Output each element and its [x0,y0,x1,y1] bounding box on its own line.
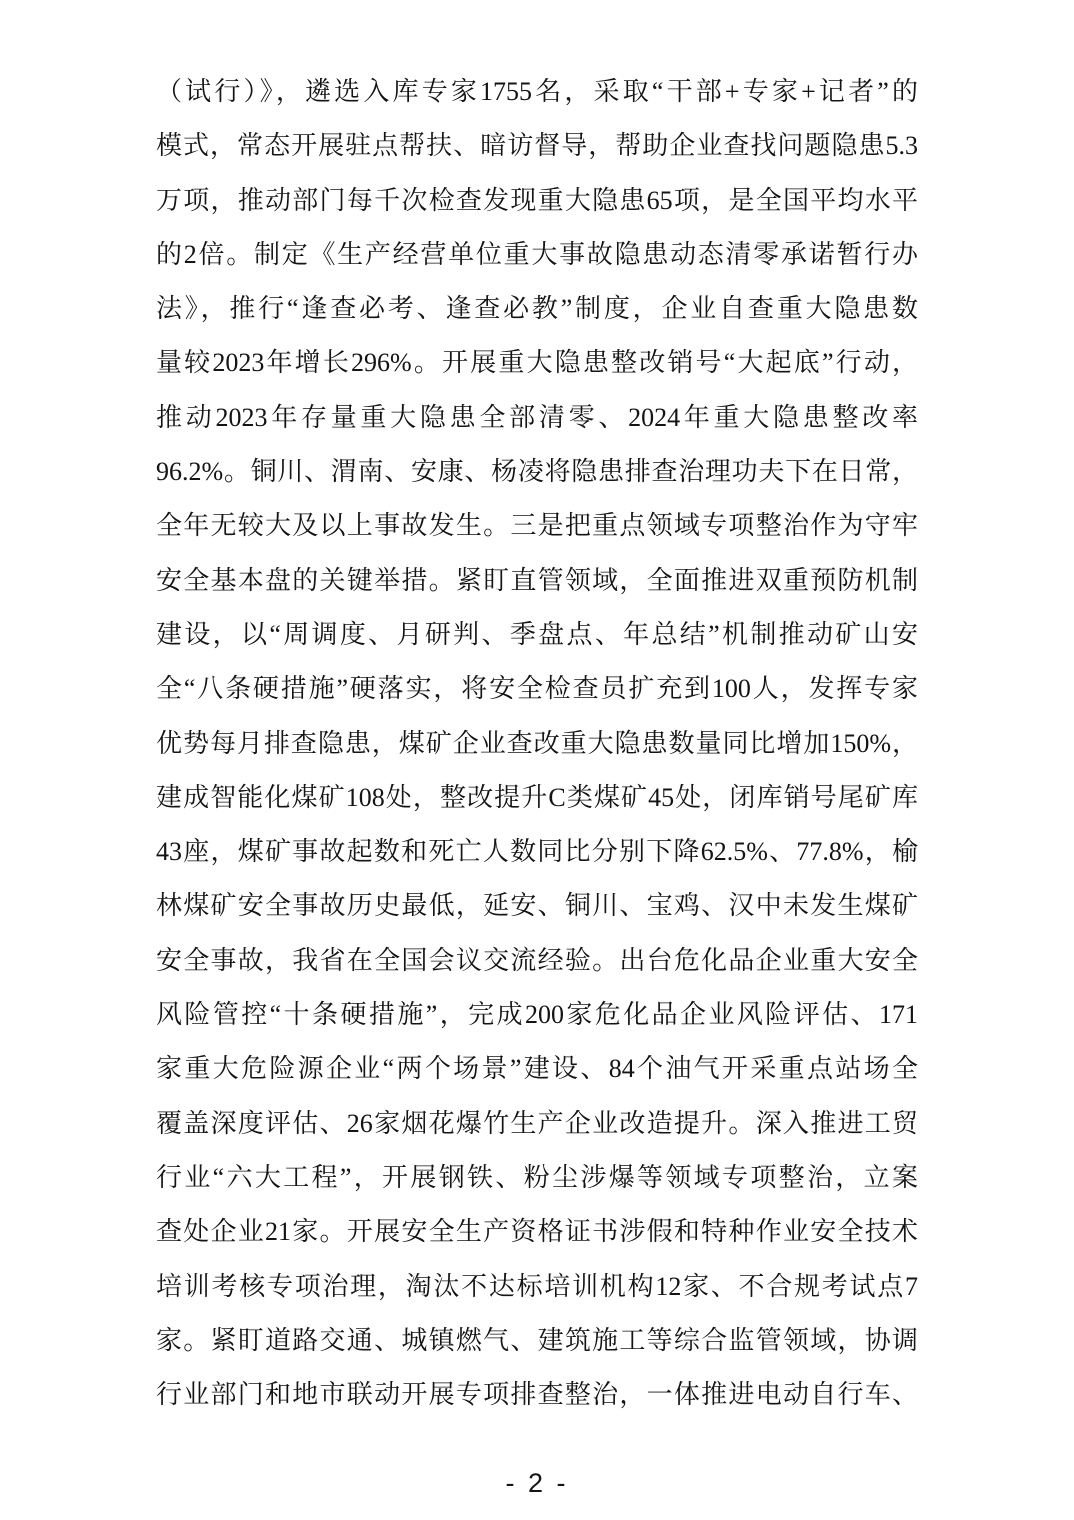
text-line: 安全基本盘的关键举措。紧盯直管领域，全面推进双重预防机制 [156,554,918,608]
text-line: 覆盖深度评估、26家烟花爆竹生产企业改造提升。深入推进工贸 [156,1097,918,1151]
text-line: 家。紧盯道路交通、城镇燃气、建筑施工等综合监管领域，协调 [156,1314,918,1368]
text-line: 43座，煤矿事故起数和死亡人数同比分别下降62.5%、77.8%，榆 [156,825,918,879]
text-line: 96.2%。铜川、渭南、安康、杨凌将隐患排查治理功夫下在日常， [156,445,918,499]
text-line: 家重大危险源企业“两个场景”建设、84个油气开采重点站场全 [156,1042,918,1096]
text-line: 模式，常态开展驻点帮扶、暗访督导，帮助企业查找问题隐患5.3 [156,119,918,173]
text-line: 行业部门和地市联动开展专项排查整治，一体推进电动自行车、 [156,1368,918,1422]
text-line: 建设，以“周调度、月研判、季盘点、年总结”机制推动矿山安 [156,608,918,662]
text-line: 全年无较大及以上事故发生。三是把重点领域专项整治作为守牢 [156,499,918,553]
text-line: 建成智能化煤矿108处，整改提升C类煤矿45处，闭库销号尾矿库 [156,771,918,825]
text-line: 万项，推动部门每千次检查发现重大隐患65项，是全国平均水平 [156,174,918,228]
text-line: 安全事故，我省在全国会议交流经验。出台危化品企业重大安全 [156,934,918,988]
text-line: 全“八条硬措施”硬落实，将安全检查员扩充到100人，发挥专家 [156,662,918,716]
page-number: - 2 - [0,1468,1074,1499]
text-line: 风险管控“十条硬措施”，完成200家危化品企业风险评估、171 [156,988,918,1042]
text-line: 法》，推行“逢查必考、逢查必教”制度，企业自查重大隐患数 [156,282,918,336]
text-line: 量较2023年增长296%。开展重大隐患整改销号“大起底”行动， [156,336,918,390]
text-line: 的2倍。制定《生产经营单位重大事故隐患动态清零承诺暂行办 [156,228,918,282]
text-line: 查处企业21家。开展安全生产资格证书涉假和特种作业安全技术 [156,1205,918,1259]
text-line: （试行）》，遴选入库专家1755名，采取“干部+专家+记者”的 [156,65,918,119]
text-line: 培训考核专项治理，淘汰不达标培训机构12家、不合规考试点7 [156,1260,918,1314]
document-page: （试行）》，遴选入库专家1755名，采取“干部+专家+记者”的 模式，常态开展驻… [0,0,1074,1520]
document-body: （试行）》，遴选入库专家1755名，采取“干部+专家+记者”的 模式，常态开展驻… [156,65,918,1422]
text-line: 林煤矿安全事故历史最低，延安、铜川、宝鸡、汉中未发生煤矿 [156,879,918,933]
text-line: 推动2023年存量重大隐患全部清零、2024年重大隐患整改率 [156,391,918,445]
text-line: 行业“六大工程”，开展钢铁、粉尘涉爆等领域专项整治，立案 [156,1151,918,1205]
text-line: 优势每月排查隐患，煤矿企业查改重大隐患数量同比增加150%， [156,717,918,771]
